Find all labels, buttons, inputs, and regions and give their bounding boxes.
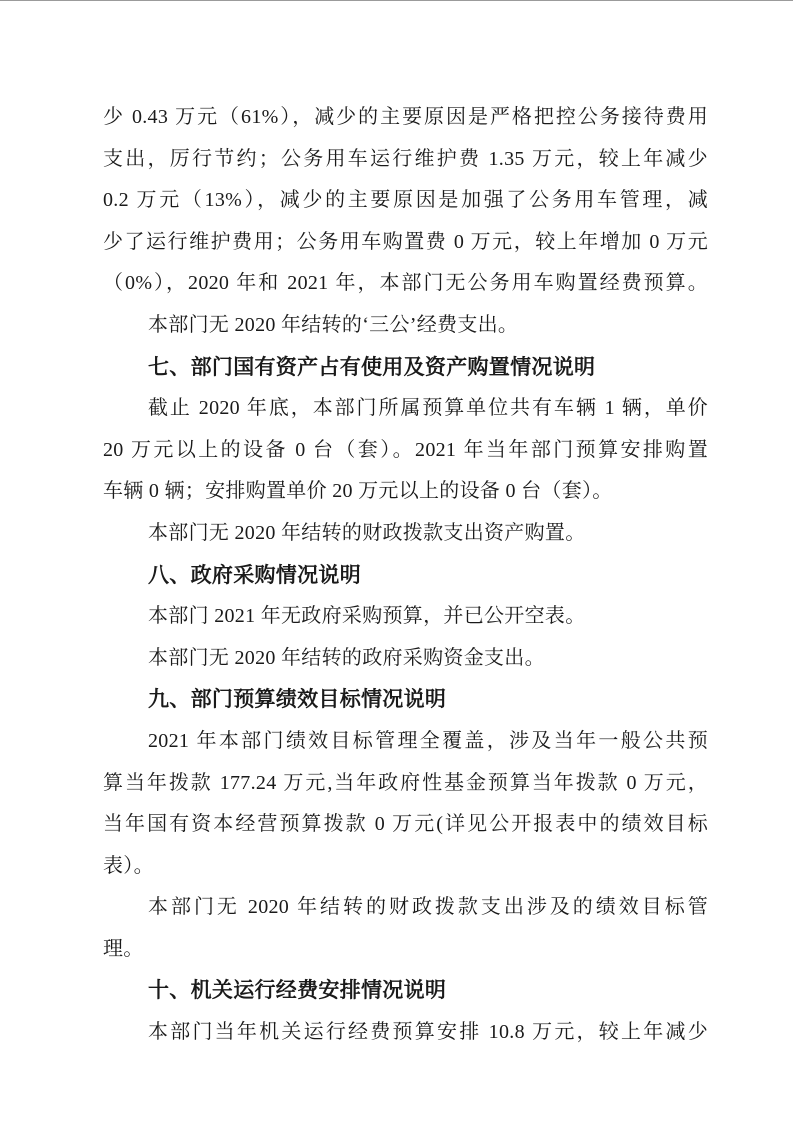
section-heading-7: 七、部门国有资产占有使用及资产购置情况说明 [103, 347, 708, 389]
document-text-block: 少 0.43 万元（61%），减少的主要原因是严格把控公务接待费用 支出，厉行节… [103, 97, 708, 1054]
section-heading-8: 八、政府采购情况说明 [103, 555, 708, 597]
body-line: 算当年拨款 177.24 万元,当年政府性基金预算当年拨款 0 万元， [103, 763, 708, 805]
body-line: 支出，厉行节约；公务用车运行维护费 1.35 万元，较上年减少 [103, 139, 708, 181]
body-line: 0.2 万元（13%），减少的主要原因是加强了公务用车管理，减 [103, 180, 708, 222]
body-line: 少了运行维护费用；公务用车购置费 0 万元，较上年增加 0 万元 [103, 222, 708, 264]
body-line: （0%），2020 年和 2021 年，本部门无公务用车购置经费预算。 [103, 263, 708, 305]
body-line: 本部门无 2020 年结转的财政拨款支出涉及的绩效目标管 [103, 887, 708, 929]
section-heading-10: 十、机关运行经费安排情况说明 [103, 970, 708, 1012]
body-line: 截止 2020 年底，本部门所属预算单位共有车辆 1 辆，单价 [103, 388, 708, 430]
body-line: 车辆 0 辆；安排购置单价 20 万元以上的设备 0 台（套）。 [103, 471, 708, 513]
body-line: 20 万元以上的设备 0 台（套）。2021 年当年部门预算安排购置 [103, 430, 708, 472]
section-heading-9: 九、部门预算绩效目标情况说明 [103, 679, 708, 721]
body-line: 本部门无 2020 年结转的政府采购资金支出。 [103, 638, 708, 680]
body-line: 少 0.43 万元（61%），减少的主要原因是严格把控公务接待费用 [103, 97, 708, 139]
body-line: 本部门 2021 年无政府采购预算，并已公开空表。 [103, 596, 708, 638]
body-line: 本部门当年机关运行经费预算安排 10.8 万元，较上年减少 [103, 1012, 708, 1054]
document-page: 少 0.43 万元（61%），减少的主要原因是严格把控公务接待费用 支出，厉行节… [0, 0, 793, 1122]
body-line: 理。 [103, 929, 708, 971]
body-line: 表）。 [103, 846, 708, 888]
body-line: 本部门无 2020 年结转的财政拨款支出资产购置。 [103, 513, 708, 555]
body-line: 本部门无 2020 年结转的‘三公’经费支出。 [103, 305, 708, 347]
body-line: 当年国有资本经营预算拨款 0 万元(详见公开报表中的绩效目标 [103, 804, 708, 846]
body-line: 2021 年本部门绩效目标管理全覆盖，涉及当年一般公共预 [103, 721, 708, 763]
